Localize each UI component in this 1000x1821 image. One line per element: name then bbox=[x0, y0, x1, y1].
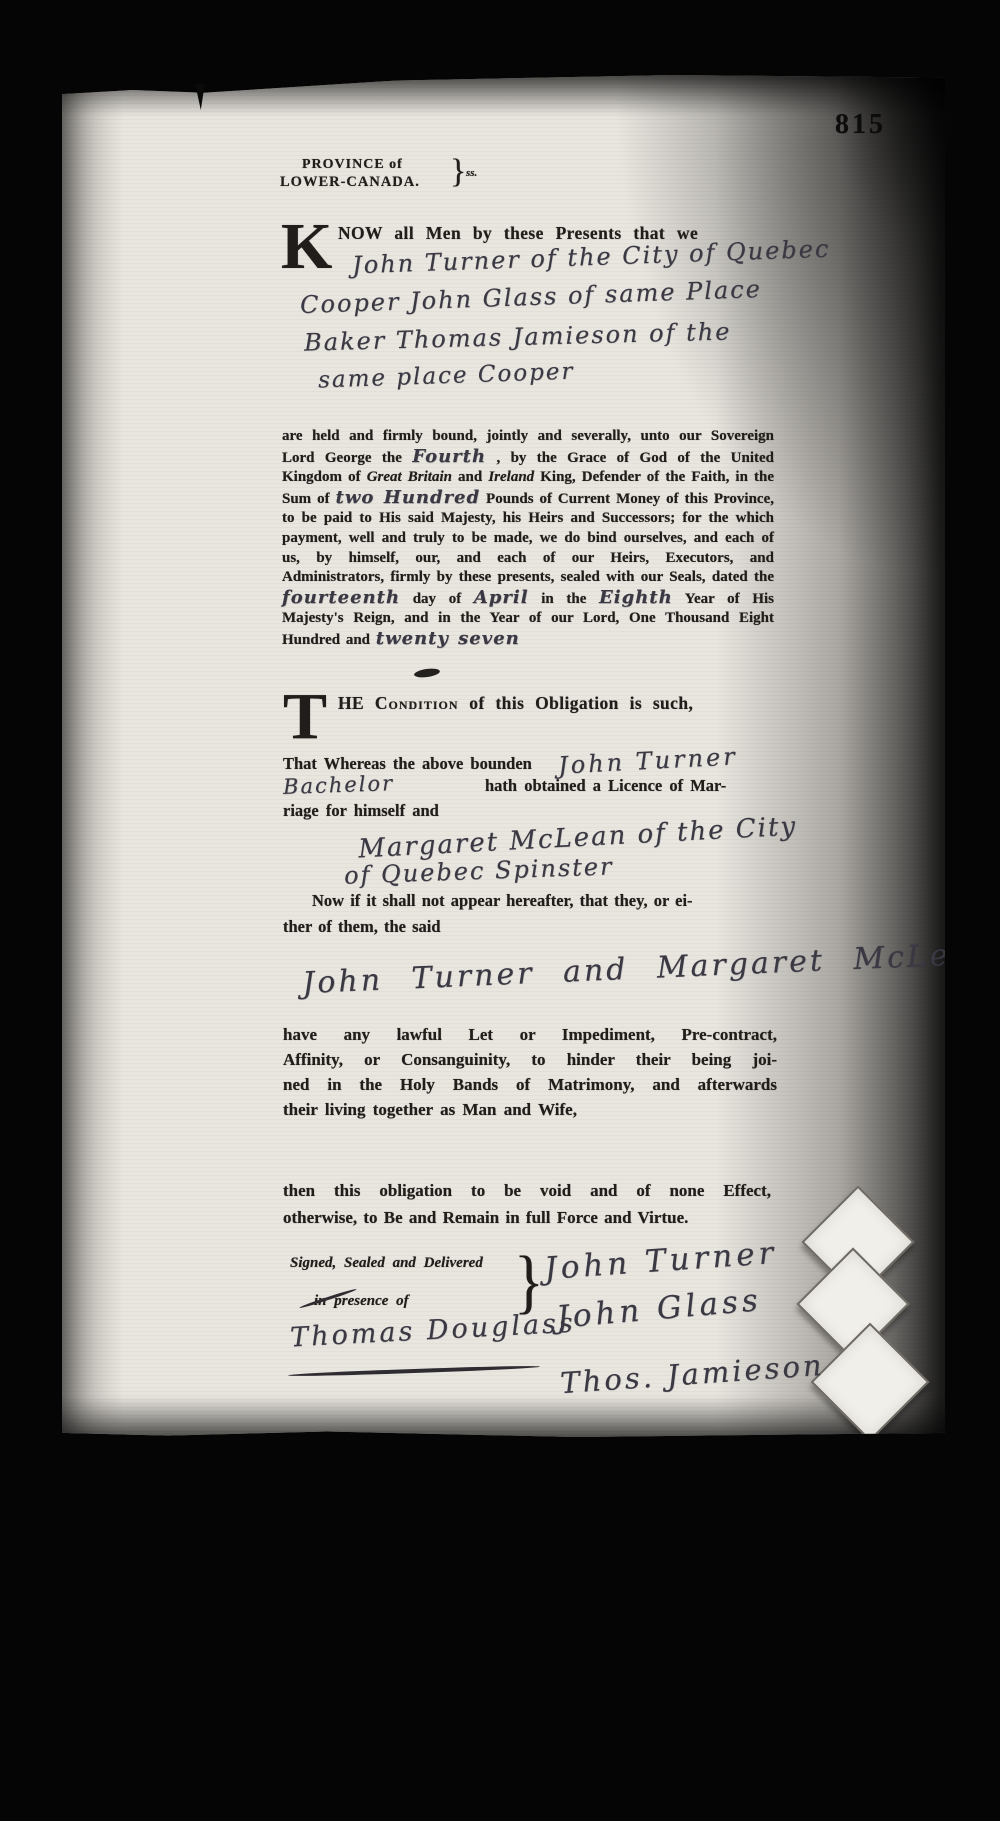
condition-rest: of this Obligation is such, bbox=[459, 693, 694, 713]
licence-line: hath obtained a Licence of Mar- bbox=[485, 776, 726, 796]
impediment-line: Affinity, or Consanguinity, to hinder th… bbox=[283, 1050, 777, 1075]
impediment-line: their living together as Man and Wife, bbox=[283, 1100, 777, 1125]
condition-he: HE bbox=[338, 693, 375, 713]
bond-text: in the bbox=[529, 591, 599, 607]
signature-thos-jamieson: Thos. Jamieson bbox=[559, 1348, 825, 1400]
fillin-king-ordinal: Fourth bbox=[412, 446, 486, 467]
signature-john-glass: John Glass bbox=[555, 1282, 763, 1336]
fillin-day: fourteenth bbox=[282, 587, 400, 608]
microfilm-scan: { "page_number": "815", "colors": { "bac… bbox=[0, 0, 1000, 1821]
void-clause: then this obligation to be void and of n… bbox=[283, 1181, 771, 1235]
now-if-line1: Now if it shall not appear hereafter, th… bbox=[312, 891, 693, 911]
page-number-stamp: 815 bbox=[835, 109, 886, 141]
fillin-year-words: twenty seven bbox=[376, 628, 520, 649]
whereas-line: That Whereas the above bounden John Turn… bbox=[283, 747, 738, 775]
ss-abbreviation: ss. bbox=[466, 167, 477, 179]
fillin-sum: two Hundred bbox=[336, 487, 481, 508]
signature-john-turner: John Turner bbox=[543, 1235, 778, 1287]
province-line1: PROVINCE of bbox=[302, 157, 420, 173]
bond-text: and bbox=[452, 469, 488, 485]
ink-smudge bbox=[414, 667, 441, 679]
now-if-line2: ther of them, the said bbox=[283, 917, 441, 937]
handwritten-obligors-line2: Cooper John Glass of same Place bbox=[300, 275, 763, 319]
jurisdiction-heading: PROVINCE of LOWER-CANADA. bbox=[280, 157, 420, 191]
whereas-text: That Whereas the above bounden bbox=[283, 754, 532, 773]
province-line2: LOWER-CANADA. bbox=[280, 174, 420, 191]
fillin-reign-year: Eighth bbox=[599, 587, 673, 608]
groom-name-handwritten: John Turner bbox=[557, 742, 738, 779]
bond-text: day of bbox=[400, 591, 474, 607]
handwritten-obligors-line4: same place Cooper bbox=[318, 359, 575, 394]
ireland-italic: Ireland bbox=[488, 469, 534, 485]
condition-word: Condition bbox=[375, 693, 459, 713]
attestation-line1: Signed, Sealed and Delivered bbox=[290, 1255, 483, 1272]
great-britain-italic: Great Britain bbox=[367, 469, 452, 485]
couple-names-handwritten: John Turner and Margaret McLean bbox=[302, 936, 995, 1001]
impediment-line: ned in the Holy Bands of Matrimony, and … bbox=[283, 1075, 777, 1100]
signature-witness-thomas-douglass: Thomas Douglass bbox=[289, 1308, 576, 1354]
impediment-paragraph: have any lawful Let or Impediment, Pre-c… bbox=[283, 1025, 777, 1125]
condition-heading: HE Condition of this Obligation is such, bbox=[338, 693, 693, 714]
void-line: then this obligation to be void and of n… bbox=[283, 1181, 771, 1208]
impediment-line: have any lawful Let or Impediment, Pre-c… bbox=[283, 1025, 777, 1050]
handwritten-obligors-line3: Baker Thomas Jamieson of the bbox=[304, 317, 732, 356]
witness-underline-flourish bbox=[288, 1365, 540, 1378]
void-line: otherwise, to Be and Remain in full Forc… bbox=[283, 1208, 771, 1235]
licence-line2: riage for himself and bbox=[283, 801, 439, 821]
fillin-month: April bbox=[474, 587, 529, 608]
wafer-seal-icon bbox=[811, 1323, 930, 1442]
brace-icon: } bbox=[450, 153, 466, 191]
dropcap-T: T bbox=[283, 691, 327, 743]
dropcap-K: K bbox=[281, 221, 332, 273]
bond-paragraph: are held and firmly bound, jointly and s… bbox=[282, 427, 774, 651]
groom-status-handwritten: Bachelor bbox=[283, 771, 395, 799]
document-page: 815 PROVINCE of LOWER-CANADA. } ss. K NO… bbox=[62, 75, 945, 1437]
